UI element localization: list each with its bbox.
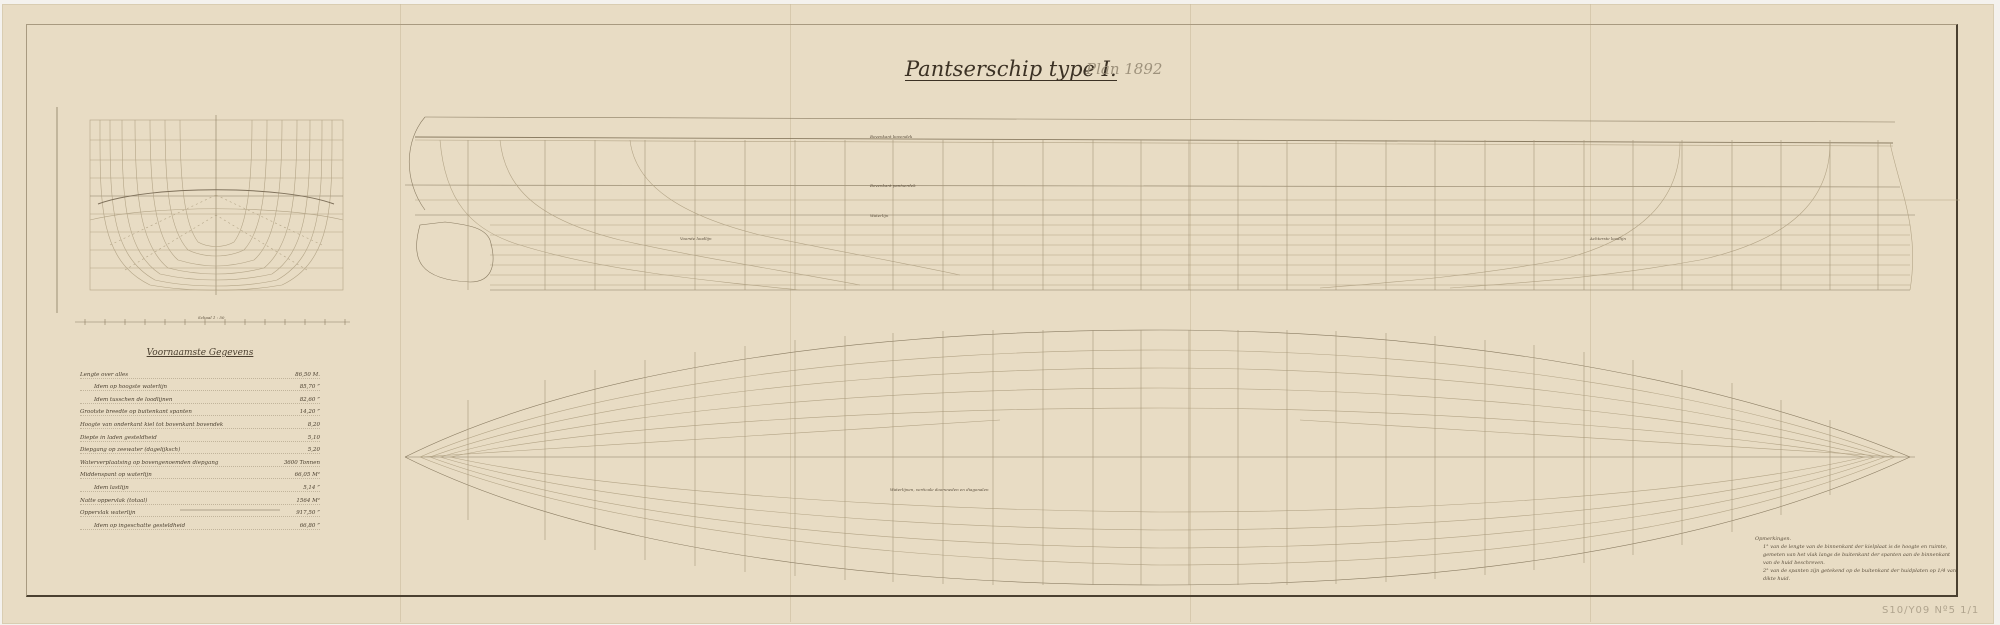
body-plan-scale-label: Schaal 1 : 50 bbox=[198, 315, 224, 320]
table-row: Hoogte van onderkant kiel tot bovenkant … bbox=[80, 416, 320, 429]
sheer-plan bbox=[405, 117, 1960, 290]
table-row: Waterverplaatsing op bovengenoemden diep… bbox=[80, 454, 320, 467]
body-plan bbox=[57, 107, 350, 325]
table-row: Grootste breedte op buitenkant spanten14… bbox=[80, 404, 320, 417]
remarks-line: dikte huid. bbox=[1755, 575, 1975, 583]
table-row: Idem op ingeschatte gesteldheid66,80 ” bbox=[80, 517, 320, 530]
table-row: Diepte in laden gesteldheid5,10 bbox=[80, 429, 320, 442]
sheer-label: Voorste loodlijn bbox=[680, 236, 712, 241]
remarks-heading: Opmerkingen. bbox=[1755, 535, 1975, 543]
remarks-line: van de huid beschreven. bbox=[1755, 559, 1975, 567]
table-row: Oppervlak waterlijn917,50 ” bbox=[80, 505, 320, 518]
drawing-title: Pantserschip type I. bbox=[905, 58, 1117, 81]
half-breadth-note: Waterlijnen, verticale doorsneden en dia… bbox=[890, 487, 989, 492]
dimensions-table: Voornaamste Gegevens Lengte over alles86… bbox=[80, 348, 320, 530]
remarks-line: 2° van de spanten zijn getekend op de bu… bbox=[1755, 567, 1975, 575]
sheer-label: Waterlijn bbox=[870, 213, 888, 218]
table-row: Idem op hoogste waterlijn85,70 ” bbox=[80, 379, 320, 392]
remarks-block: Opmerkingen. 1° van de lengte van de bin… bbox=[1755, 535, 1975, 583]
remarks-line: gemeten van het vlak langs de buitenkant… bbox=[1755, 551, 1975, 559]
table-row: Middenspant op waterlijn66,05 M² bbox=[80, 467, 320, 480]
table-row: Idem lastlijn5,14 ” bbox=[80, 479, 320, 492]
sheer-label: Achterste loodlijn bbox=[1590, 236, 1626, 241]
table-row: Diepgang op zeewater (dagelijksch)5,20 bbox=[80, 442, 320, 455]
sheer-label: Bovenkant pantserdek bbox=[870, 183, 916, 188]
table-row: Lengte over alles86,50 M. bbox=[80, 366, 320, 379]
half-breadth-plan bbox=[405, 330, 1915, 585]
table-row: Idem tusschen de loodlijnen82,60 ” bbox=[80, 391, 320, 404]
remarks-line: 1° van de lengte van de binnenkant der k… bbox=[1755, 543, 1975, 551]
table-row: Natte oppervlak (totaal)1564 M² bbox=[80, 492, 320, 505]
archive-stamp: S10/Y09 Nº5 1/1 bbox=[1882, 605, 1979, 616]
sheer-label: Bovenkant bovendek bbox=[870, 134, 912, 139]
lines-plan-drawing bbox=[0, 0, 2000, 625]
table-heading: Voornaamste Gegevens bbox=[80, 348, 320, 358]
pencil-plan-note: Plan 1892 bbox=[1086, 60, 1162, 78]
